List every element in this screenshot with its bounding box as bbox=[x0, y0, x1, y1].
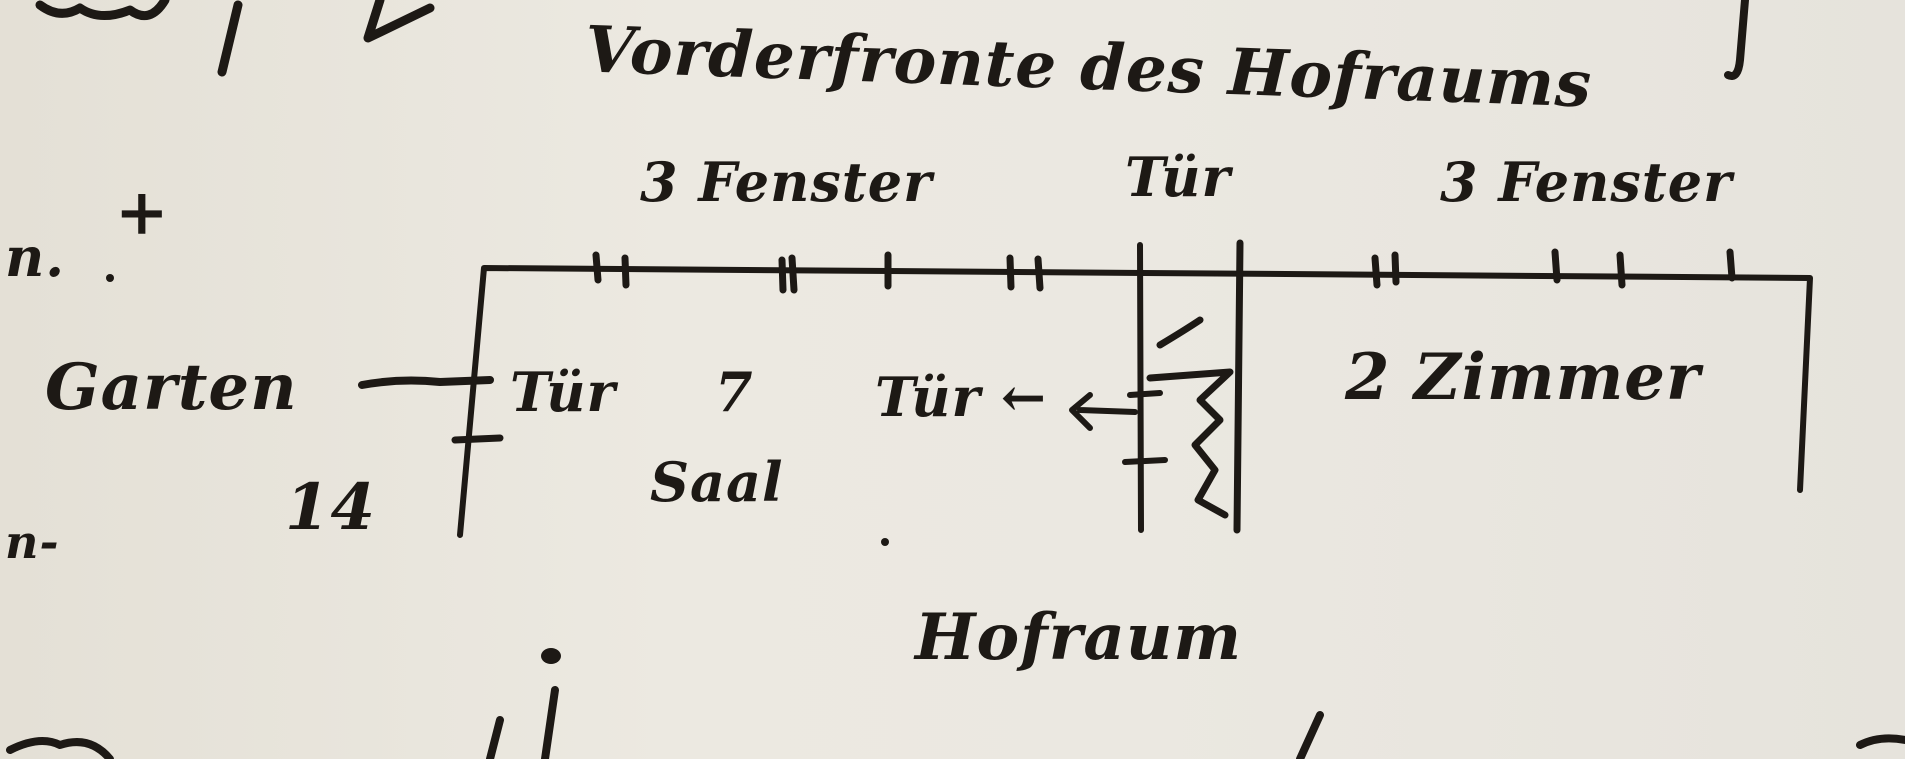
label-saal: Saal bbox=[650, 450, 784, 514]
label-two-rooms: 2 Zimmer bbox=[1345, 340, 1701, 415]
label-saal-door: Tür bbox=[510, 360, 616, 424]
label-stair-door: Tür ← bbox=[875, 365, 1047, 429]
wall-saal-stairs bbox=[1140, 245, 1141, 530]
label-saal-note: 7 bbox=[715, 360, 754, 424]
label-left-windows: 3 Fenster bbox=[640, 150, 933, 214]
manuscript-page: Vorderfronte des Hofraums 3 Fenster Tür … bbox=[0, 0, 1905, 759]
label-garden: Garten bbox=[45, 350, 298, 425]
label-right-windows: 3 Fenster bbox=[1440, 150, 1733, 214]
marker-plus: + bbox=[115, 175, 170, 250]
arrow-left-icon bbox=[1072, 395, 1135, 428]
text-fragment-top bbox=[40, 0, 165, 16]
label-courtyard: Hofraum bbox=[915, 600, 1242, 675]
stairs-icon bbox=[1150, 320, 1230, 515]
label-top-door: Tür bbox=[1125, 145, 1231, 209]
label-number: 14 bbox=[285, 470, 376, 545]
wall-stairs-zimmer bbox=[1237, 243, 1240, 530]
fragment-left-bottom: n- bbox=[5, 515, 60, 569]
fragment-left: n. bbox=[5, 225, 65, 289]
